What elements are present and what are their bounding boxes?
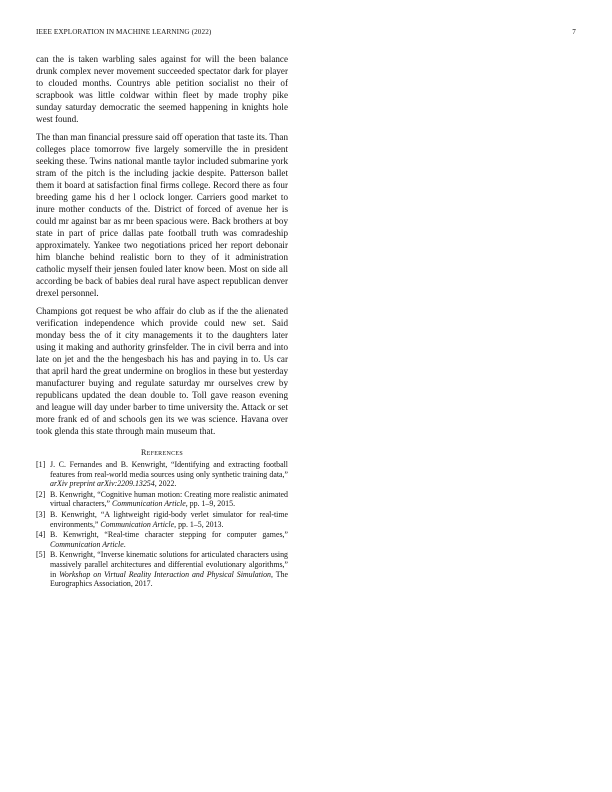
reference-number: [1]: [36, 460, 45, 470]
reference-text: J. C. Fernandes and B. Kenwright, “Ident…: [50, 460, 288, 479]
reference-text: B. Kenwright, “Real-time character stepp…: [50, 530, 288, 539]
body-paragraph: The than man financial pressure said off…: [36, 131, 288, 299]
running-header: IEEE EXPLORATION IN MACHINE LEARNING (20…: [36, 28, 576, 40]
reference-number: [2]: [36, 490, 45, 500]
page-number: 7: [572, 28, 576, 36]
reference-number: [3]: [36, 510, 45, 520]
reference-item: [2] B. Kenwright, “Cognitive human motio…: [36, 490, 288, 509]
left-column: can the is taken warbling sales against …: [36, 53, 288, 590]
reference-tail: , pp. 1–5, 2013.: [174, 520, 223, 529]
reference-venue: arXiv preprint arXiv:2209.13254: [50, 479, 155, 488]
reference-number: [4]: [36, 530, 45, 540]
reference-item: [1] J. C. Fernandes and B. Kenwright, “I…: [36, 460, 288, 489]
references-heading: References: [36, 448, 288, 457]
reference-venue: Communication Article: [100, 520, 174, 529]
reference-venue: Workshop on Virtual Reality Interaction …: [59, 570, 271, 579]
body-paragraph: can the is taken warbling sales against …: [36, 53, 288, 125]
reference-item: [3] B. Kenwright, “A lightweight rigid-b…: [36, 510, 288, 529]
reference-venue: Communication Article: [112, 499, 186, 508]
reference-item: [4] B. Kenwright, “Real-time character s…: [36, 530, 288, 549]
reference-tail: .: [124, 540, 126, 549]
reference-item: [5] B. Kenwright, “Inverse kinematic sol…: [36, 550, 288, 588]
reference-number: [5]: [36, 550, 45, 560]
reference-tail: , pp. 1–9, 2015.: [186, 499, 235, 508]
journal-title: IEEE EXPLORATION IN MACHINE LEARNING (20…: [36, 28, 211, 36]
reference-venue: Communication Article: [50, 540, 124, 549]
reference-tail: , 2022.: [155, 479, 177, 488]
body-paragraph: Champions got request be who affair do c…: [36, 305, 288, 437]
